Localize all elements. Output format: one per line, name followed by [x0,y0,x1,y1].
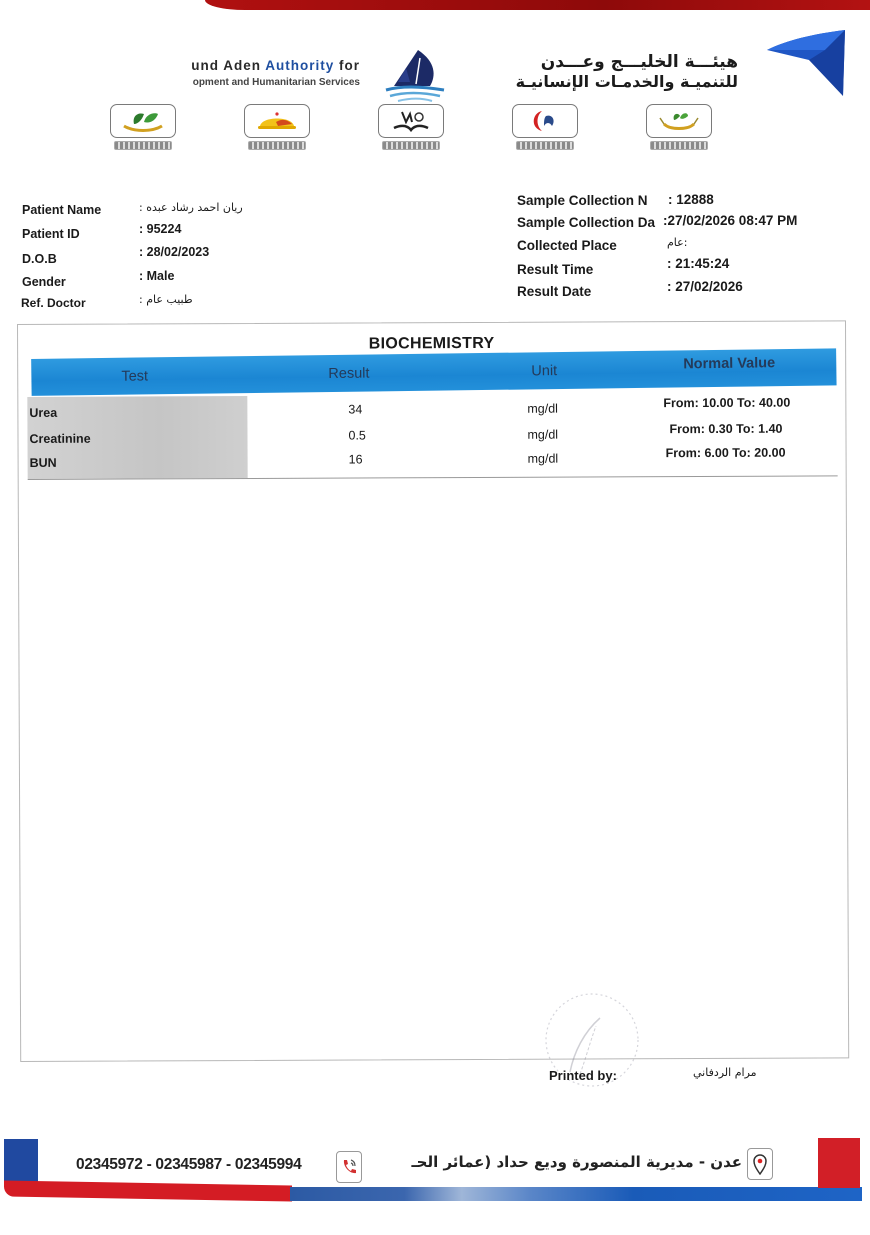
table-row: Urea 34 mg/dl From: 10.00 To: 40.00 [27,397,837,425]
phone-icon [336,1151,362,1183]
result-time-value: : 21:45:24 [667,256,729,271]
test-name: Urea [29,406,57,420]
plant-hands-icon [656,108,702,134]
dob-label: D.O.B [22,252,57,266]
patient-name-value: ريان احمد رشاد عبده : [139,201,243,214]
org-name-en-line1: und Aden Authority for [128,58,360,73]
test-normal-range: From: 0.30 To: 1.40 [669,422,782,436]
ref-doctor-value: طبيب عام : [139,293,193,306]
col-test: Test [121,368,148,384]
book-icon [388,108,434,134]
test-result: 34 [348,402,362,416]
sample-date-label: Sample Collection Da [517,215,655,230]
dob-value: : 28/02/2023 [139,245,209,259]
contact-phones: 02345972 - 02345987 - 02345994 [76,1156,301,1174]
col-normal-value: Normal Value [683,355,775,372]
org-name-en-line2: opment and Humanitarian Services [128,77,360,88]
printed-by-label: Printed by: [549,1068,617,1083]
partner-logo-2 [242,104,312,156]
col-unit: Unit [531,363,557,379]
arrow-logo-icon [765,28,847,98]
crescent-icon [522,108,568,134]
partner-logo-1 [108,104,178,156]
test-unit: mg/dl [528,452,559,466]
printed-by-name: مرام الردفاني [693,1066,757,1079]
org-name-ar-line1: هيئـــة الخليـــج وعـــدن [470,52,738,72]
collected-place-label: Collected Place [517,238,617,253]
ref-doctor-label: Ref. Doctor [21,296,86,310]
footer-blue-strip [290,1187,862,1201]
boat-logo-icon [380,48,450,104]
sample-date-value: :27/02/2026 08:47 PM [663,213,797,228]
test-result: 16 [349,452,363,466]
patient-id-label: Patient ID [22,227,80,241]
results-panel: BIOCHEMISTRY Test Result Unit Normal Val… [17,320,849,1062]
leaf-hands-icon [120,108,166,134]
org-name-english: und Aden Authority for opment and Humani… [128,58,360,88]
result-time-label: Result Time [517,262,593,277]
test-normal-range: From: 6.00 To: 20.00 [666,446,786,461]
results-table-body: Urea 34 mg/dl From: 10.00 To: 40.00 Crea… [27,393,837,479]
table-row: BUN 16 mg/dl From: 6.00 To: 20.00 [28,447,838,475]
partner-logo-5 [644,104,714,156]
collected-place-value: :عام [667,236,687,249]
test-result: 0.5 [348,428,365,442]
org-name-ar-line2: للتنميـة والخدمـات الإنسانيـة [470,72,738,92]
test-normal-range: From: 10.00 To: 40.00 [663,396,790,411]
test-unit: mg/dl [527,402,558,416]
test-name: Creatinine [29,432,90,446]
gender-value: : Male [139,269,174,283]
gender-label: Gender [22,275,66,289]
patient-id-value: : 95224 [139,222,181,236]
result-date-value: : 27/02/2026 [667,279,743,294]
sample-number-label: Sample Collection N [517,193,648,208]
patient-name-label: Patient Name [22,203,101,217]
col-result: Result [328,366,369,383]
lab-report-page: und Aden Authority for opment and Humani… [0,0,870,1235]
partner-logo-3 [376,104,446,156]
top-red-band [205,0,870,10]
results-table-header: Test Result Unit Normal Value [31,348,836,396]
partner-logos [108,104,728,156]
test-unit: mg/dl [527,428,558,442]
contact-address: عدن - مديرية المنصورة وديع حداد (عمائر ا… [372,1153,742,1171]
footer-red-strip [4,1180,292,1201]
food-dome-icon [254,108,300,134]
partner-logo-4 [510,104,580,156]
test-name: BUN [30,456,57,470]
footer-red-block [818,1138,860,1188]
result-date-label: Result Date [517,284,591,299]
location-pin-icon [747,1148,773,1180]
sample-number-value: : 12888 [668,192,714,207]
org-name-arabic: هيئـــة الخليـــج وعـــدن للتنميـة والخد… [470,52,738,92]
